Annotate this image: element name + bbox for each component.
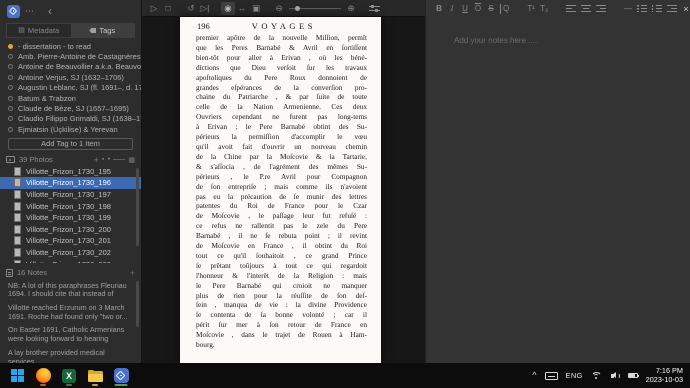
page-text-line: ſe contenta de ſa bonne volonté ; car il [196,310,367,320]
tag-label: Claudio Filippo Grimaldi, SJ (1638–17... [18,114,141,123]
zoom-out-button[interactable]: ⊖ [272,2,286,15]
adjustments-icon[interactable] [369,4,380,12]
photo-label: Villotte_Frizon_1730_199 [26,213,111,222]
photo-label: Villotte_Frizon_1730_195 [26,167,111,176]
page-text-line: premier apôtre de la nouvelle Miſſion, p… [196,33,367,43]
thumb-size-slider[interactable] [113,159,125,160]
page-text-line: qu'il avoit fait d'ouvrir un nouveau che… [196,142,367,152]
tropy-taskbar-icon[interactable] [112,365,130,386]
page-text-line: dictions que Dieu verſoit ſur les travau… [196,63,367,73]
tag-dot [13,10,15,12]
tag-label: Ejmiatsin (Üçkilise) & Yerevan [18,125,118,134]
zoom-in-button[interactable]: ⊕ [344,2,358,15]
page-text-line: périeurs la permiſſion d'accomplir le vœ… [196,132,367,142]
battery-icon[interactable] [628,373,638,379]
note-placeholder[interactable]: Add your notes here .... [454,36,537,45]
photo-toolbar: ▷ □ ↺ ▷| ◉ ↔ ▣ ⊖ ⊕ [142,0,425,17]
note-list: NB: A lot of this paraphrases Fleuriau 1… [0,279,141,363]
superscript-button[interactable]: T¹ [527,4,535,14]
page-text-line: de ſon entrepriſe ; mais comme ils n'avo… [196,182,367,192]
metadata-icon: ▤ [18,27,25,34]
tag-row[interactable]: Claude de Bèze, SJ (1657–1695) [0,103,141,113]
file-explorer-icon[interactable] [86,365,104,386]
note-list-item[interactable]: On Easter 1691, Catholic Armenians were … [8,326,131,344]
wifi-icon[interactable] [591,372,603,380]
photo-row[interactable]: Villotte_Frizon_1730_202 [0,247,141,259]
page-header: 196 VOYAGES [180,17,381,31]
photos-count-label: 39 Photos [19,155,53,164]
tag-label: Augustin Leblanc, SJ (fl. 1691–, d. 1723… [18,83,141,92]
date-label: 2023-10-03 [646,376,683,385]
photo-thumbnail [14,178,21,187]
zoom-slider-knob[interactable] [295,6,300,11]
page-text-line: plus de rien pour la réuſſite de ſon deſ… [196,291,367,301]
page-text-line: ſe prêtant toûjours à tout ce qui regard… [196,261,367,271]
tag-color-dot [8,75,13,80]
add-tag-button[interactable]: Add Tag to 1 Item [8,138,133,150]
photo-label: Villotte_Frizon_1730_203 [26,260,111,263]
excel-icon[interactable]: X [60,365,78,386]
tag-row[interactable]: - dissertation - to read [0,41,141,51]
tab-tags-label: Tags [99,26,115,35]
zoom-slider[interactable] [289,2,341,15]
page-text-line: apoſtoliques du Pere Roux donnoient de [196,73,367,83]
item-panel: ⋯ ‹ ▤ Metadata Tags - dissertation - to … [0,0,142,363]
tag-color-dot [8,64,13,69]
page-text-line: pas eu la précaution de ſe munir des let… [196,192,367,202]
photos-section-header: 39 Photos + ▪ ● ▦ [0,154,141,166]
photo-row[interactable]: Villotte_Frizon_1730_198 [0,200,141,212]
folder-glyph [88,370,103,382]
tag-color-dot [8,44,13,49]
tag-row[interactable]: Augustin Leblanc, SJ (fl. 1691–, d. 1723… [0,83,141,93]
page-text-line: Moſcovie , dans le trajet de Rouen à Ham… [196,330,367,340]
photo-row[interactable]: Villotte_Frizon_1730_197 [0,189,141,201]
small-thumb-icon[interactable]: ▪ [102,156,104,163]
tag-label: Antoine de Beauvollier a.k.a. Beauvoil..… [18,62,141,71]
numbered-list-icon[interactable] [652,5,662,13]
tag-row[interactable]: Ejmiatsin (Üçkilise) & Yerevan [0,124,141,134]
add-note-icon[interactable]: + [130,269,135,277]
page-text-line: tout ce qu'il ſouhaitoit , ce grand Prin… [196,251,367,261]
windows-logo-icon [11,369,24,382]
bullet-list-icon[interactable] [637,5,647,13]
clock[interactable]: 7:16 PM 2023-10-03 [646,367,683,384]
note-list-item[interactable]: A lay brother provided medical services. [8,349,131,363]
tag-list: - dissertation - to read Amb. Pierre-Ant… [0,41,141,135]
photo-thumbnail [14,202,21,211]
tag-row[interactable]: Batum & Trabzon [0,93,141,103]
zoom-fit-width-button[interactable]: ↔ [235,2,249,15]
strikethrough-button[interactable]: S [487,4,495,14]
tag-label: Amb. Pierre-Antoine de Castagnères ... [18,52,141,61]
bold-button[interactable]: B [435,4,443,14]
back-chevron-icon[interactable]: ‹ [48,6,52,16]
page-text-line: le Pere Barnabé qui croioit ne manquer [196,281,367,291]
page-text-line: ſein , manqua de vie : la divine Provide… [196,300,367,310]
more-menu-icon[interactable]: ⋯ [25,6,35,17]
excel-glyph: X [62,369,76,383]
start-button[interactable] [8,365,26,386]
tab-metadata[interactable]: ▤ Metadata [7,24,71,37]
photo-list: Villotte_Frizon_1730_195 Villotte_Frizon… [0,166,141,263]
page-text-line: grandes eſpérances de la converſion pro- [196,83,367,93]
italic-button[interactable]: I [448,4,456,14]
tag-label: Antoine Verjus, SJ (1632–1706) [18,73,124,82]
page-text-line: périeurs , le P.re Avril pour Compagnon [196,172,367,182]
photos-icon [6,156,15,163]
photo-label: Villotte_Frizon_1730_198 [26,202,111,211]
overline-button[interactable]: O [474,4,482,14]
thumb-size-knob[interactable]: ● [107,157,110,162]
taskbar-apps: X [0,365,130,386]
tag-label: Batum & Trabzon [18,94,76,103]
tag-label: Claude de Bèze, SJ (1657–1695) [18,104,129,113]
photo-label: Villotte_Frizon_1730_202 [26,248,111,257]
page-text-line: que les Peres Barnabé & Avril en ſortiſſ… [196,43,367,53]
page-text-line: bourg. [196,340,367,350]
tab-metadata-label: Metadata [28,26,59,35]
mirror-button[interactable]: ▷| [198,2,212,15]
system-tray: ^ ENG 7:16 PM 2023-10-03 [532,367,690,384]
photo-row[interactable]: Villotte_Frizon_1730_195 [0,166,141,178]
tag-label: - dissertation - to read [18,42,91,51]
photo-thumbnail [14,236,21,245]
pan-tool-button[interactable]: ▷ [147,2,161,15]
horizontal-rule-button[interactable]: — [624,4,632,14]
photo-row[interactable]: Villotte_Frizon_1730_203 [0,258,141,262]
underline-button[interactable]: U [461,4,469,14]
tag-color-dot [8,85,13,90]
photo-label: Villotte_Frizon_1730_200 [26,225,111,234]
photo-label: Villotte_Frizon_1730_201 [26,236,111,245]
notes-icon [6,269,13,277]
tag-color-dot [8,116,13,121]
tag-row[interactable]: Antoine de Beauvollier a.k.a. Beauvoil..… [0,62,141,72]
page-text-line: périt ſur mer à ſon retour de France en [196,320,367,330]
selection-tool-button[interactable]: □ [161,2,175,15]
indent-icon[interactable] [667,5,677,12]
page-text-line: celle de la Nation Armenienne. Ces deux [196,102,367,112]
page-text-line: & s'aſſocia , de l'agrément des mêmes Su… [196,162,367,172]
tropy-glyph [114,368,129,383]
notes-count-label: 16 Notes [17,268,47,277]
align-right-icon[interactable] [596,5,606,12]
note-list-item[interactable]: Villotte reached Erzurum on 3 March 1691… [8,304,131,322]
photo-thumbnail [14,213,21,222]
zoom-fit-button[interactable]: ◉ [221,2,235,15]
photo-row[interactable]: Villotte_Frizon_1730_201 [0,235,141,247]
photo-label: Villotte_Frizon_1730_196 [26,178,111,187]
note-toolbar: B I U O S Q T¹ T₂ — × [426,0,690,17]
notes-section-header: 16 Notes + [0,267,141,279]
taskbar: X ^ ENG 7:16 PM 2023-10-03 [0,363,690,388]
page-text-line: patentes du Roi de France pour le Czar [196,201,367,211]
zoom-actual-size-button[interactable]: ▣ [249,2,263,15]
page-running-title: VOYAGES [210,21,366,31]
photo-row[interactable]: Villotte_Frizon_1730_199 [0,212,141,224]
grid-view-icon[interactable]: ▦ [128,156,135,164]
align-center-icon[interactable] [581,5,591,12]
project-bar: ⋯ ‹ [0,0,141,22]
align-left-icon[interactable] [566,5,576,12]
photo-row[interactable]: Villotte_Frizon_1730_200 [0,223,141,235]
note-editor-panel: B I U O S Q T¹ T₂ — × Add your notes her… [425,0,690,363]
firefox-icon[interactable] [34,365,52,386]
firefox-glyph [36,368,51,383]
photos-tools: + ▪ ● ▦ [94,156,135,164]
photo-thumbnail [14,167,21,176]
tag-color-dot [8,106,13,111]
page-text-line: à Erivan ; le Pere Barnabé obtint des Su… [196,122,367,132]
photo-viewer: ▷ □ ↺ ▷| ◉ ↔ ▣ ⊖ ⊕ 196 VOYAGES premier a… [142,0,425,363]
photo-row[interactable]: Villotte_Frizon_1730_196 [0,177,141,189]
photo-thumbnail [14,248,21,257]
notes-scrollbar[interactable] [136,281,139,327]
subscript-button[interactable]: T₂ [540,4,548,14]
tab-tags[interactable]: Tags [71,24,135,37]
panel-tabs: ▤ Metadata Tags [6,23,135,38]
touch-keyboard-icon[interactable] [545,372,558,380]
page-number: 196 [197,21,210,31]
tag-color-dot [8,54,13,59]
page-text-line: ce refus ne rallentit pas le zele du Per… [196,221,367,231]
tag-row[interactable]: Claudio Filippo Grimaldi, SJ (1638–17... [0,114,141,124]
speaker-icon[interactable] [611,371,620,380]
tag-row[interactable]: Amb. Pierre-Antoine de Castagnères ... [0,51,141,61]
language-indicator[interactable]: ENG [566,371,583,380]
page-text-line: de Moſcovie , le paſſage leur fut refuſé… [196,211,367,221]
photos-scrollbar[interactable] [136,168,139,246]
page-text-line: Ouvriers cependant ne furent pas long-te… [196,112,367,122]
page-text-line: bien-tôt pour aller à Erivan , où les bé… [196,53,367,63]
page-text-line: chaine du Patriarche , & par ſuite de to… [196,92,367,102]
page-text-line: de la Chine par la Moſcovie & la Tartari… [196,152,367,162]
scanned-page[interactable]: 196 VOYAGES premier apôtre de la nouvell… [180,17,381,363]
page-text: premier apôtre de la nouvelle Miſſion, p… [180,31,381,350]
tag-icon [89,28,96,33]
tag-color-dot [8,127,13,132]
add-photo-icon[interactable]: + [94,156,99,164]
page-text-line: l'honneur & l'interêt de la Religion : m… [196,271,367,281]
photo-thumbnail [14,225,21,234]
tag-row[interactable]: Antoine Verjus, SJ (1632–1706) [0,72,141,82]
note-list-item[interactable]: NB: A lot of this paraphrases Fleuriau 1… [8,282,131,300]
screen: ⋯ ‹ ▤ Metadata Tags - dissertation - to … [0,0,690,388]
tag-color-dot [8,96,13,101]
page-text-line: de Moſcovie en France , il obtint du Roi [196,241,367,251]
rotate-button[interactable]: ↺ [184,2,198,15]
blockquote-button[interactable]: Q [500,4,509,14]
photo-thumbnail [14,260,21,263]
tray-chevron-icon[interactable]: ^ [532,372,536,379]
clear-formatting-button[interactable]: × [682,4,690,14]
photo-label: Villotte_Frizon_1730_197 [26,190,111,199]
tropy-logo-icon[interactable] [7,5,20,18]
page-text-line: Barnabé , il ne ſe rebuta point ; il rev… [196,231,367,241]
photo-thumbnail [14,190,21,199]
